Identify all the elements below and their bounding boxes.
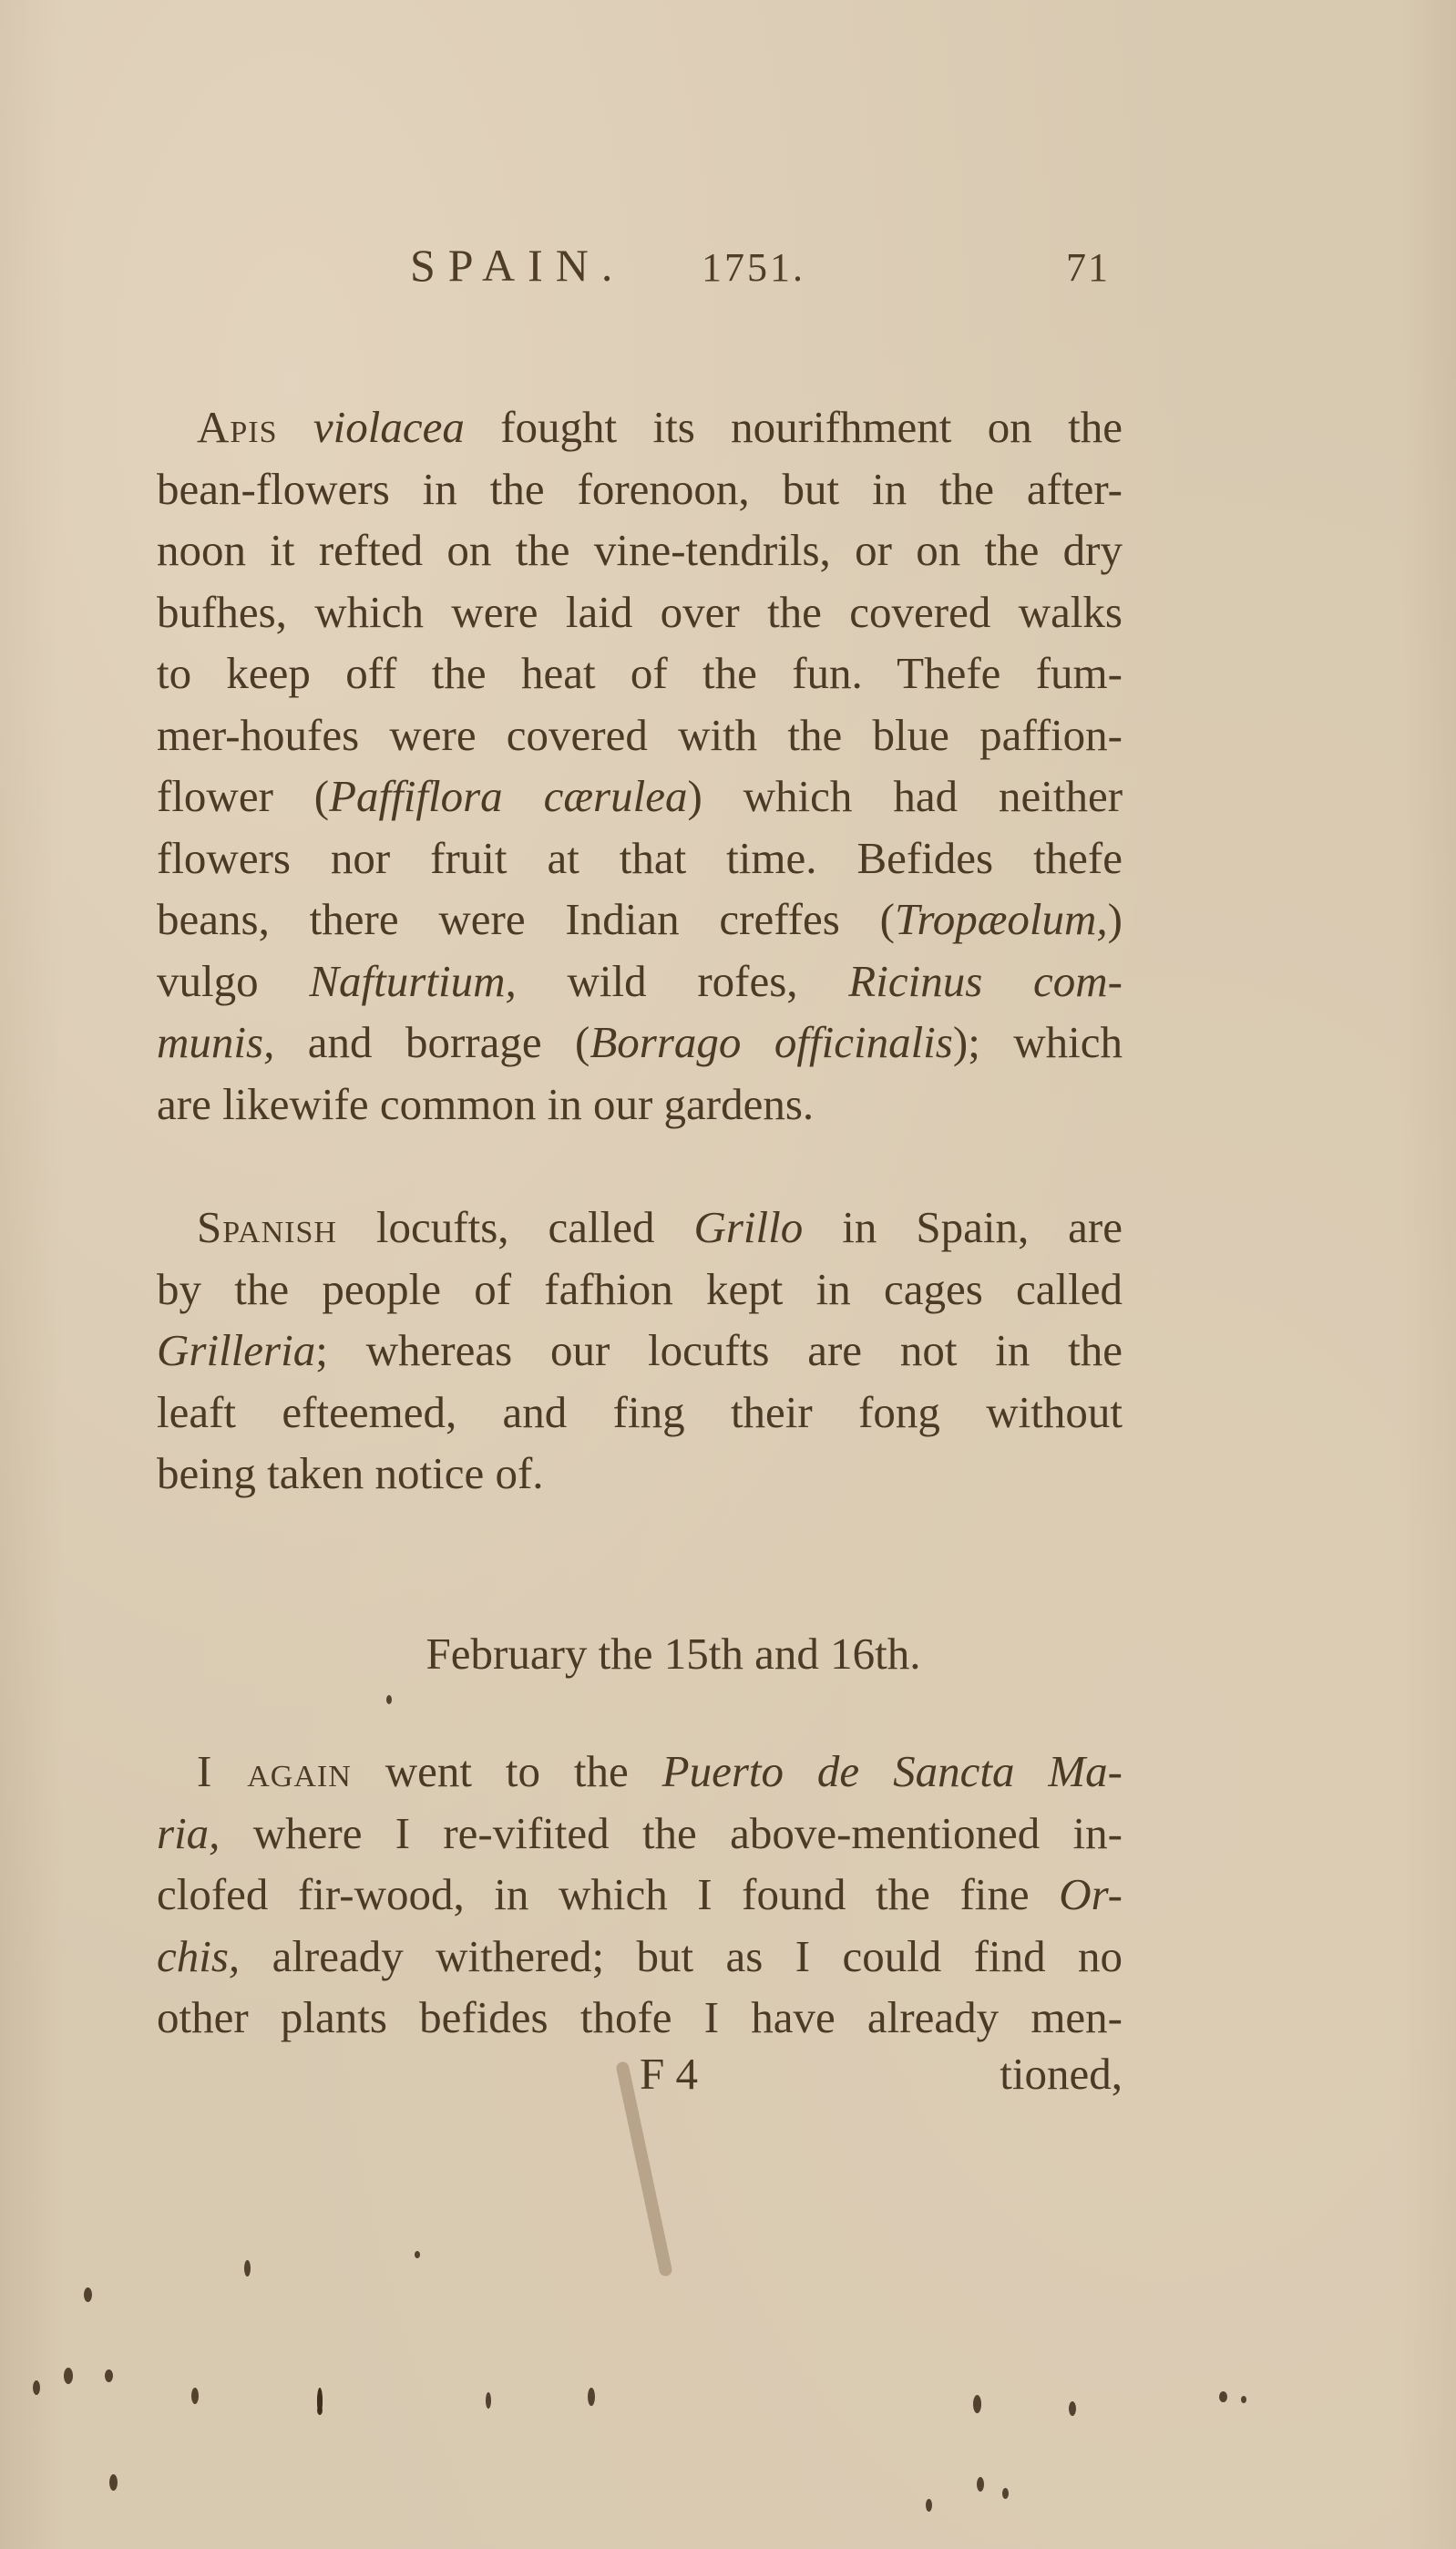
text-line: vulgo Nafturtium, wild rofes, Ricinus co… [157, 951, 1123, 1012]
signature-mark: F 4 [640, 2048, 698, 2100]
foxing-speck [977, 2477, 984, 2492]
foxing-speck [105, 2369, 113, 2382]
text-line: Grilleria; whereas our locufts are not i… [157, 1320, 1123, 1382]
foxing-speck [588, 2388, 595, 2406]
book-page: SPAIN. 1751. 71 Apis violacea fought its… [0, 0, 1456, 2549]
foxing-speck [1069, 2401, 1076, 2416]
paragraph-puerto-de-sancta-maria: I again went to the Puerto de Sancta Ma-… [157, 1741, 1123, 2049]
foxing-speck [109, 2474, 118, 2491]
foxing-speck [1219, 2391, 1227, 2402]
text-line: bufhes, which were laid over the covered… [157, 581, 1123, 643]
foxing-speck [244, 2260, 251, 2277]
foxing-speck [1241, 2396, 1246, 2403]
text-line: mer-houfes were covered with the blue pa… [157, 704, 1123, 766]
catchword: tioned, [1000, 2048, 1123, 2100]
text-line: I again went to the Puerto de Sancta Ma- [157, 1741, 1123, 1803]
foxing-speck [415, 2251, 420, 2258]
text-line: flower (Paffiflora cærulea) which had ne… [157, 766, 1123, 827]
text-line: Apis violacea fought its nourifhment on … [157, 396, 1123, 458]
text-line: bean-flowers in the forenoon, but in the… [157, 458, 1123, 520]
page-footer: F 4 tioned, [157, 2048, 1123, 2109]
foxing-speck [926, 2499, 932, 2512]
text-line: ria, where I re-vifited the above-mentio… [157, 1803, 1123, 1865]
text-line: chis, already withered; but as I could f… [157, 1926, 1123, 1988]
text-line: Spanish locufts, called Grillo in Spain,… [157, 1197, 1123, 1259]
page-number: 71 [1066, 244, 1110, 291]
text-line: munis, and borrage (Borrago officinalis)… [157, 1012, 1123, 1074]
text-line: are likewife common in our gardens. [157, 1074, 1123, 1136]
text-line: noon it refted on the vine-tendrils, or … [157, 519, 1123, 581]
text-line: by the people of fafhion kept in cages c… [157, 1259, 1123, 1321]
text-line: other plants befides thofe I have alread… [157, 1987, 1123, 2049]
text-line: being taken notice of. [157, 1443, 1123, 1505]
running-head-year: 1751. [702, 244, 805, 291]
foxing-speck [33, 2380, 40, 2395]
text-line: beans, there were Indian creffes (Tropæo… [157, 889, 1123, 951]
foxing-speck [1002, 2488, 1009, 2499]
text-line: clofed fir-wood, in which I found the fi… [157, 1864, 1123, 1926]
foxing-speck [386, 1695, 392, 1704]
foxing-speck [486, 2392, 491, 2409]
running-head-title: SPAIN. [410, 239, 625, 292]
text-line: to keep off the heat of the fun. Thefe f… [157, 642, 1123, 704]
foxing-speck [64, 2368, 73, 2384]
foxing-speck [84, 2287, 92, 2302]
foxing-speck [191, 2388, 199, 2404]
paragraph-apis-violacea: Apis violacea fought its nourifhment on … [157, 396, 1123, 1135]
text-line: flowers nor fruit at that time. Befides … [157, 827, 1123, 889]
paragraph-spanish-locusts: Spanish locufts, called Grillo in Spain,… [157, 1197, 1123, 1505]
date-heading: February the 15th and 16th. [0, 1628, 1456, 1680]
foxing-speck [317, 2388, 323, 2413]
running-head: SPAIN. 1751. 71 [410, 239, 1139, 303]
foxing-speck [973, 2395, 981, 2413]
text-line: leaft efteemed, and fing their fong with… [157, 1382, 1123, 1444]
